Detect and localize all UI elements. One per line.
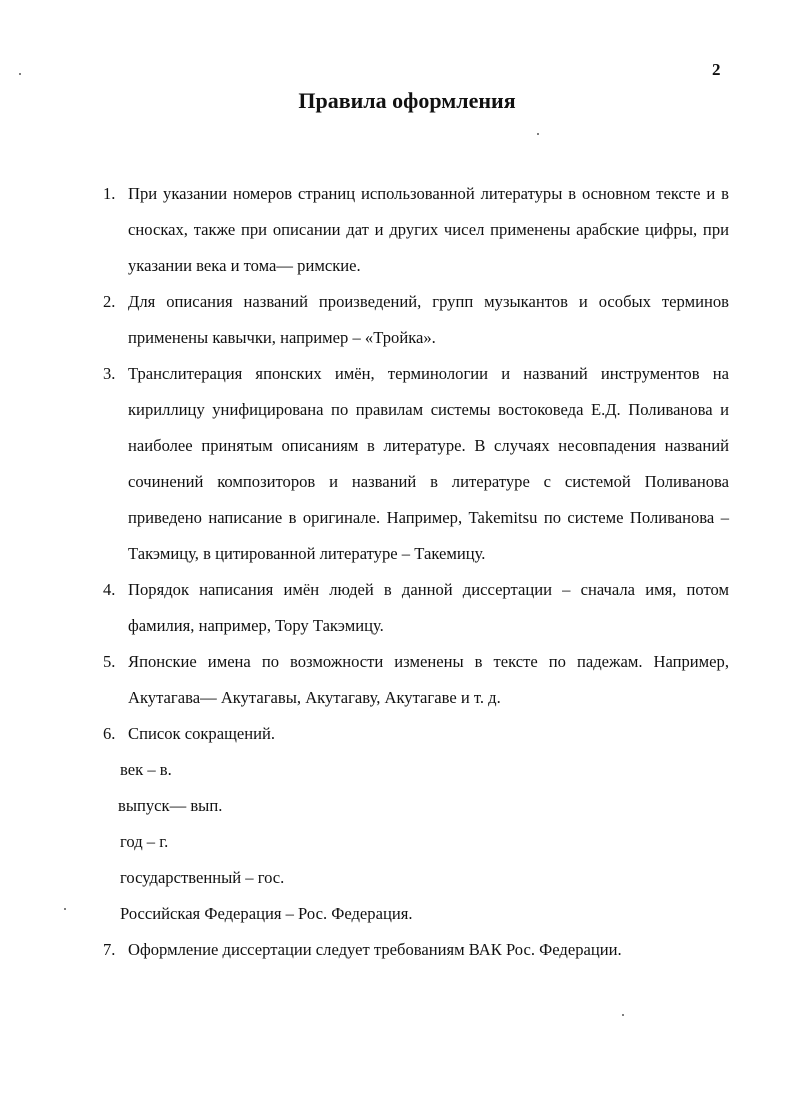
scan-speck (537, 133, 539, 135)
rule-number: 4. (103, 572, 128, 644)
rule-item-6: 6. Список сокращений. (103, 716, 729, 752)
rule-text: Транслитерация японских имён, терминолог… (128, 356, 729, 572)
rule-text: Японские имена по возможности изменены в… (128, 644, 729, 716)
rule-text: Порядок написания имён людей в данной ди… (128, 572, 729, 644)
rule-item-1: 1. При указании номеров страниц использо… (103, 176, 729, 284)
abbreviation-item: выпуск— вып. (103, 788, 729, 824)
rule-number: 2. (103, 284, 128, 356)
rule-number: 1. (103, 176, 128, 284)
rule-item-2: 2. Для описания названий произведений, г… (103, 284, 729, 356)
rule-item-4: 4. Порядок написания имён людей в данной… (103, 572, 729, 644)
abbreviation-item: Российская Федерация – Рос. Федерация. (103, 896, 729, 932)
rule-item-7: 7. Оформление диссертации следует требов… (103, 932, 729, 968)
scan-speck (19, 73, 21, 75)
rule-item-3: 3. Транслитерация японских имён, термино… (103, 356, 729, 572)
rule-text: Список сокращений. (128, 716, 729, 752)
abbreviation-item: год – г. (103, 824, 729, 860)
rule-text: При указании номеров страниц использован… (128, 176, 729, 284)
scan-speck (64, 908, 66, 910)
rule-text: Для описания названий произведений, груп… (128, 284, 729, 356)
rule-text: Оформление диссертации следует требовани… (128, 932, 729, 968)
abbreviation-list: век – в. выпуск— вып. год – г. государст… (103, 752, 729, 932)
scan-speck (622, 1014, 624, 1016)
rule-item-5: 5. Японские имена по возможности изменен… (103, 644, 729, 716)
page-number: 2 (712, 60, 721, 80)
abbreviation-item: век – в. (103, 752, 729, 788)
rule-number: 3. (103, 356, 128, 572)
rule-number: 5. (103, 644, 128, 716)
rules-list: 1. При указании номеров страниц использо… (103, 176, 729, 968)
page-title: Правила оформления (0, 88, 794, 114)
rule-number: 6. (103, 716, 128, 752)
abbreviation-item: государственный – гос. (103, 860, 729, 896)
rule-number: 7. (103, 932, 128, 968)
